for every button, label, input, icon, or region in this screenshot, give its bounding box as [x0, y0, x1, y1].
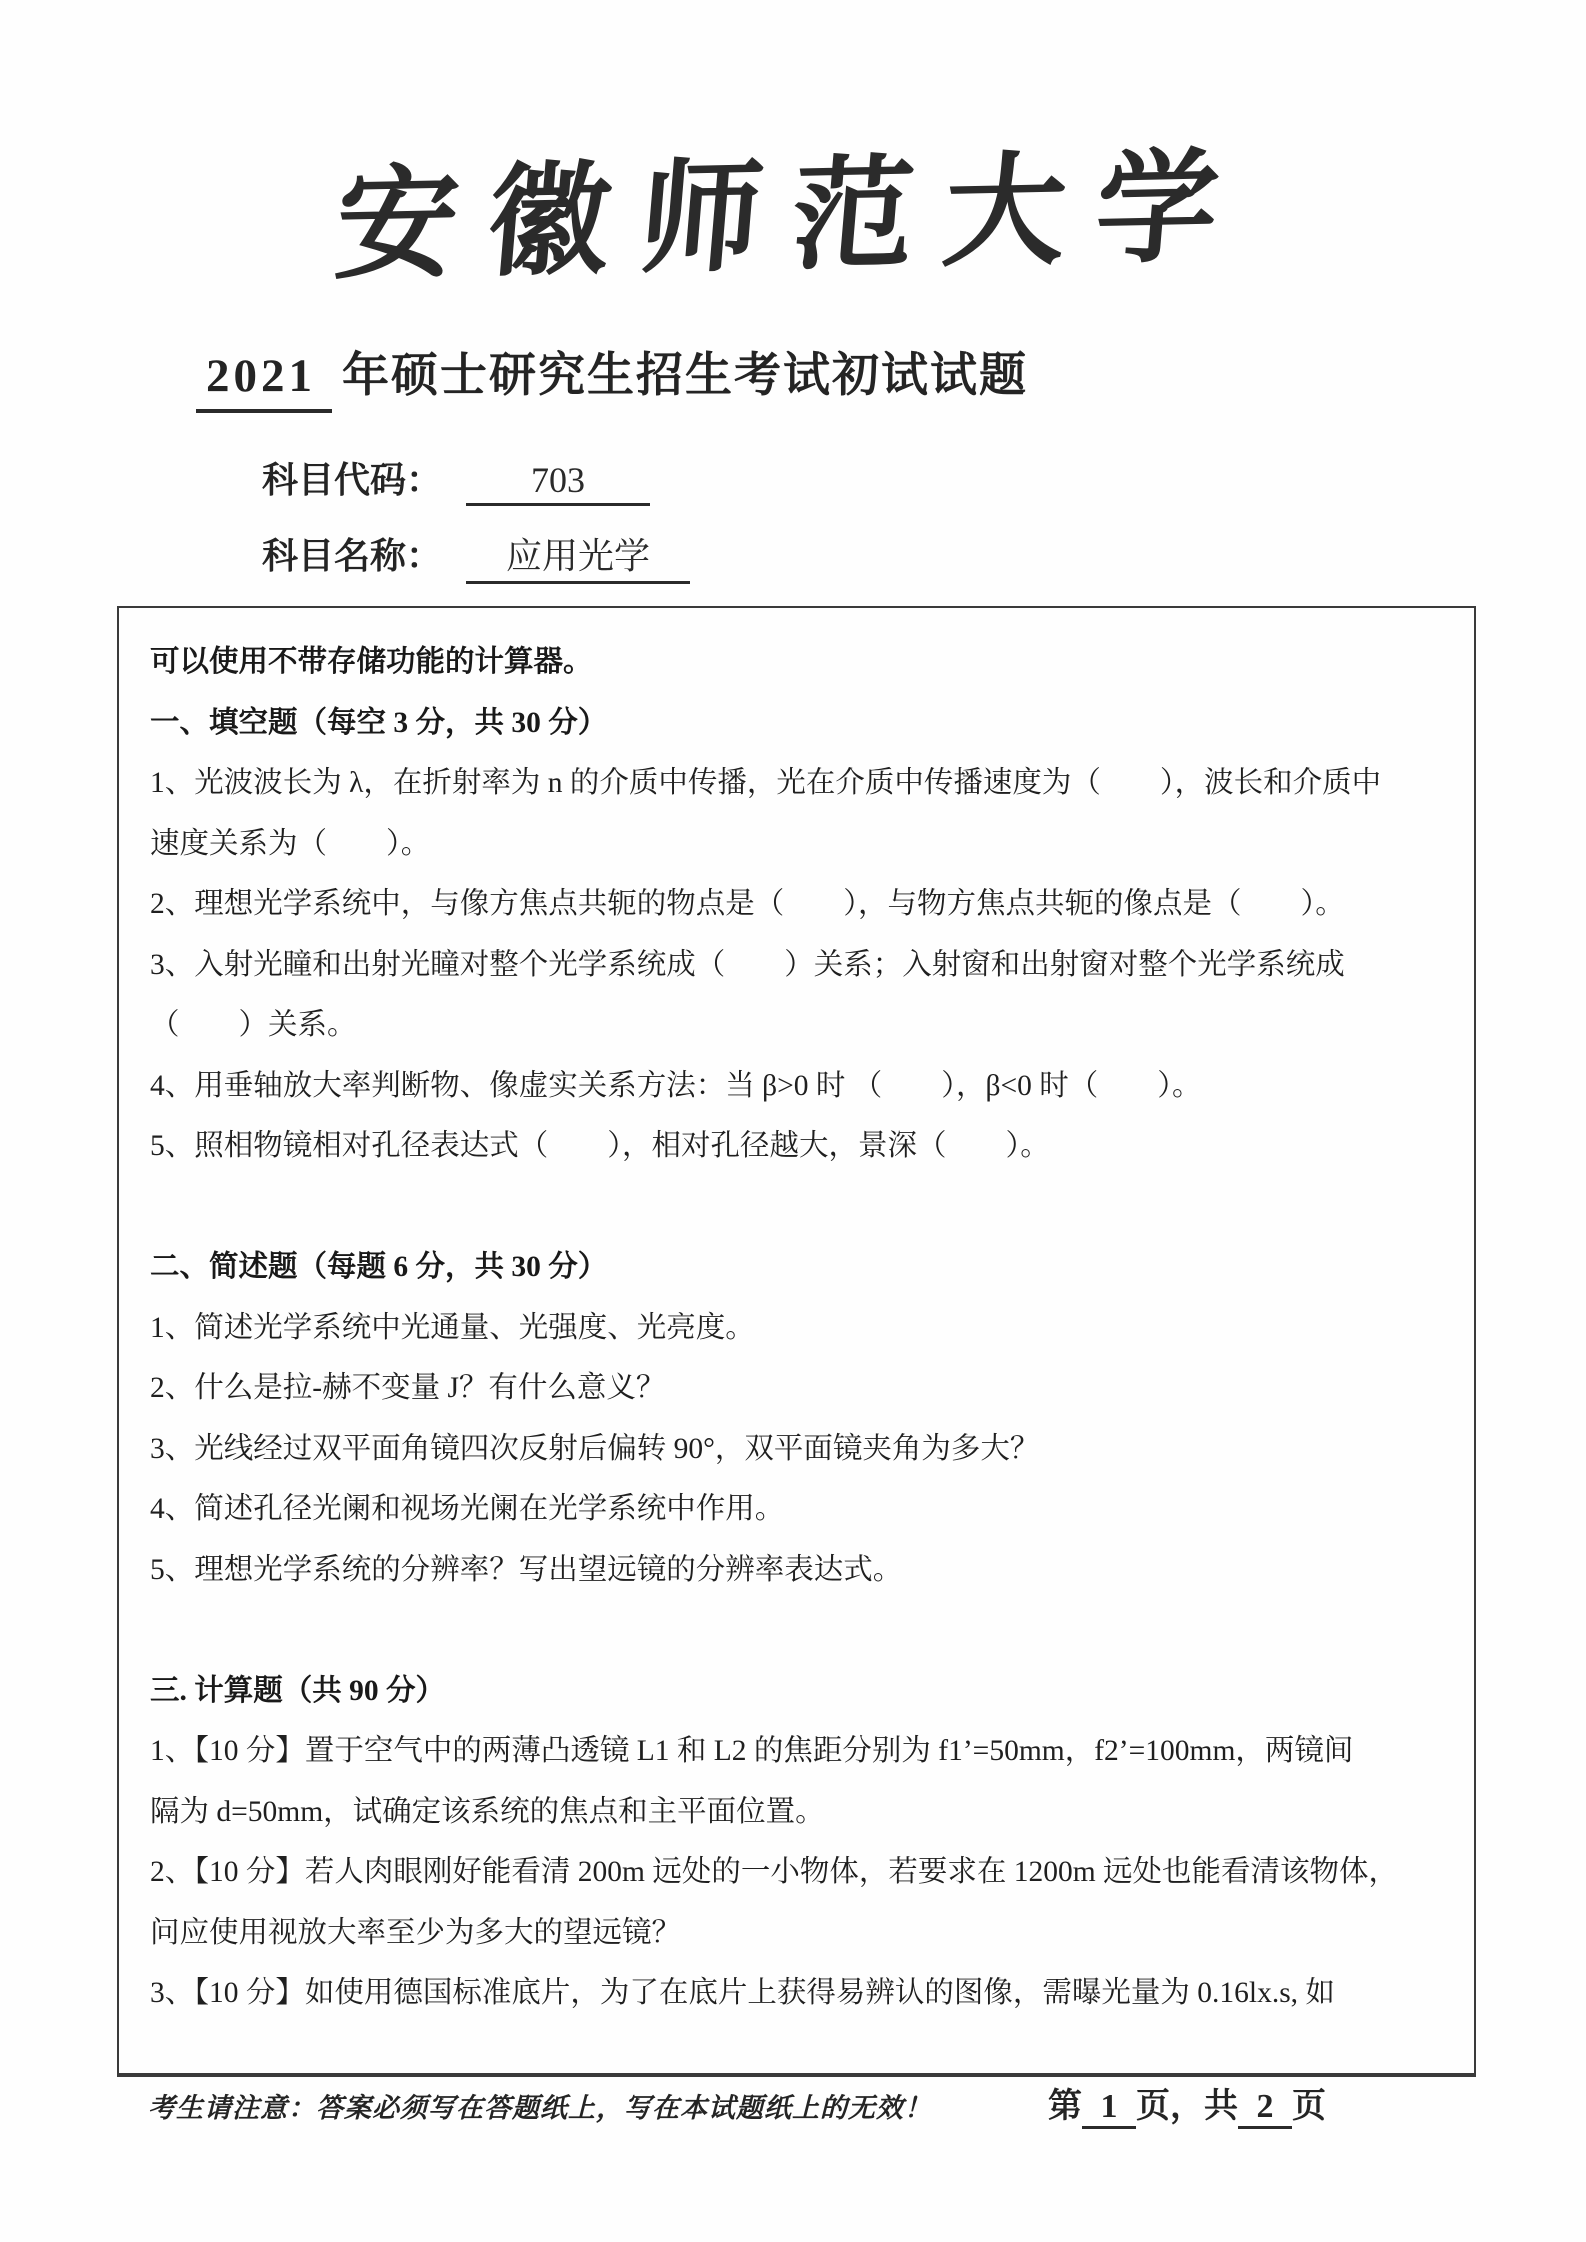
question-line: （ ）关系。 [150, 995, 1444, 1056]
calculator-notice: 可以使用不带存储功能的计算器。 [150, 632, 1444, 693]
page-word-first: 第 [1048, 2088, 1082, 2125]
exam-title: 2021年硕士研究生招生考试初试试题 [196, 338, 1028, 413]
question-line: 3、入射光瞳和出射光瞳对整个光学系统成（ ）关系；入射窗和出射窗对整个光学系统成 [150, 935, 1444, 996]
question-line: 5、照相物镜相对孔径表达式（ ），相对孔径越大，景深（ ）。 [150, 1116, 1444, 1177]
question-line: 5、理想光学系统的分辨率？写出望远镜的分辨率表达式。 [150, 1540, 1444, 1601]
subject-block: 科目代码：703 科目名称：应用光学 [262, 452, 690, 606]
question-line: 2、什么是拉-赫不变量 J？有什么意义？ [150, 1358, 1444, 1419]
question-line: 4、用垂轴放大率判断物、像虚实关系方法：当 β>0 时 （ ），β<0 时（ ）… [150, 1056, 1444, 1117]
section-2-heading: 二、简述题（每题 6 分，共 30 分） [150, 1237, 1444, 1298]
page-word-middle: 页，共 [1136, 2088, 1238, 2125]
university-name: 安徽师范大学 [0, 101, 1586, 310]
question-line: 隔为 d=50mm，试确定该系统的焦点和主平面位置。 [150, 1782, 1444, 1843]
subject-name-value: 应用光学 [466, 528, 690, 584]
subject-name-label: 科目名称： [262, 535, 442, 576]
exam-year: 2021 [196, 349, 332, 413]
question-area: 可以使用不带存储功能的计算器。 一、填空题（每空 3 分，共 30 分） 1、光… [117, 606, 1476, 2077]
subject-code-label: 科目代码： [262, 459, 442, 500]
section-1-heading: 一、填空题（每空 3 分，共 30 分） [150, 693, 1444, 754]
question-line: 2、【10 分】若人肉眼刚好能看清 200m 远处的一小物体，若要求在 1200… [150, 1842, 1444, 1903]
subject-code-value: 703 [466, 459, 650, 506]
subject-name-row: 科目名称：应用光学 [262, 528, 690, 584]
question-line: 问应使用视放大率至少为多大的望远镜？ [150, 1903, 1444, 1964]
question-line: 1、简述光学系统中光通量、光强度、光亮度。 [150, 1298, 1444, 1359]
exam-title-text: 年硕士研究生招生考试初试试题 [342, 350, 1028, 402]
page-word-last: 页 [1292, 2088, 1326, 2125]
page-indicator: 第1页，共2页 [1048, 2078, 1326, 2129]
question-line: 2、理想光学系统中，与像方焦点共轭的物点是（ ），与物方焦点共轭的像点是（ ）。 [150, 874, 1444, 935]
question-line: 3、【10 分】如使用德国标准底片，为了在底片上获得易辨认的图像，需曝光量为 0… [150, 1963, 1444, 2024]
question-line: 3、光线经过双平面角镜四次反射后偏转 90°，双平面镜夹角为多大？ [150, 1419, 1444, 1480]
exam-paper-page: 安徽师范大学 2021年硕士研究生招生考试初试试题 科目代码：703 科目名称：… [0, 0, 1586, 2242]
question-line: 1、光波波长为 λ，在折射率为 n 的介质中传播，光在介质中传播速度为（ ），波… [150, 753, 1444, 814]
question-line: 4、简述孔径光阑和视场光阑在光学系统中作用。 [150, 1479, 1444, 1540]
question-line: 速度关系为（ ）。 [150, 814, 1444, 875]
candidate-notice: 考生请注意：答案必须写在答题纸上，写在本试题纸上的无效！ [148, 2086, 932, 2125]
page-total-number: 2 [1238, 2088, 1292, 2129]
question-line: 1、【10 分】置于空气中的两薄凸透镜 L1 和 L2 的焦距分别为 f1’=5… [150, 1721, 1444, 1782]
section-3-heading: 三. 计算题（共 90 分） [150, 1661, 1444, 1722]
subject-code-row: 科目代码：703 [262, 452, 690, 506]
page-current-number: 1 [1082, 2088, 1136, 2129]
